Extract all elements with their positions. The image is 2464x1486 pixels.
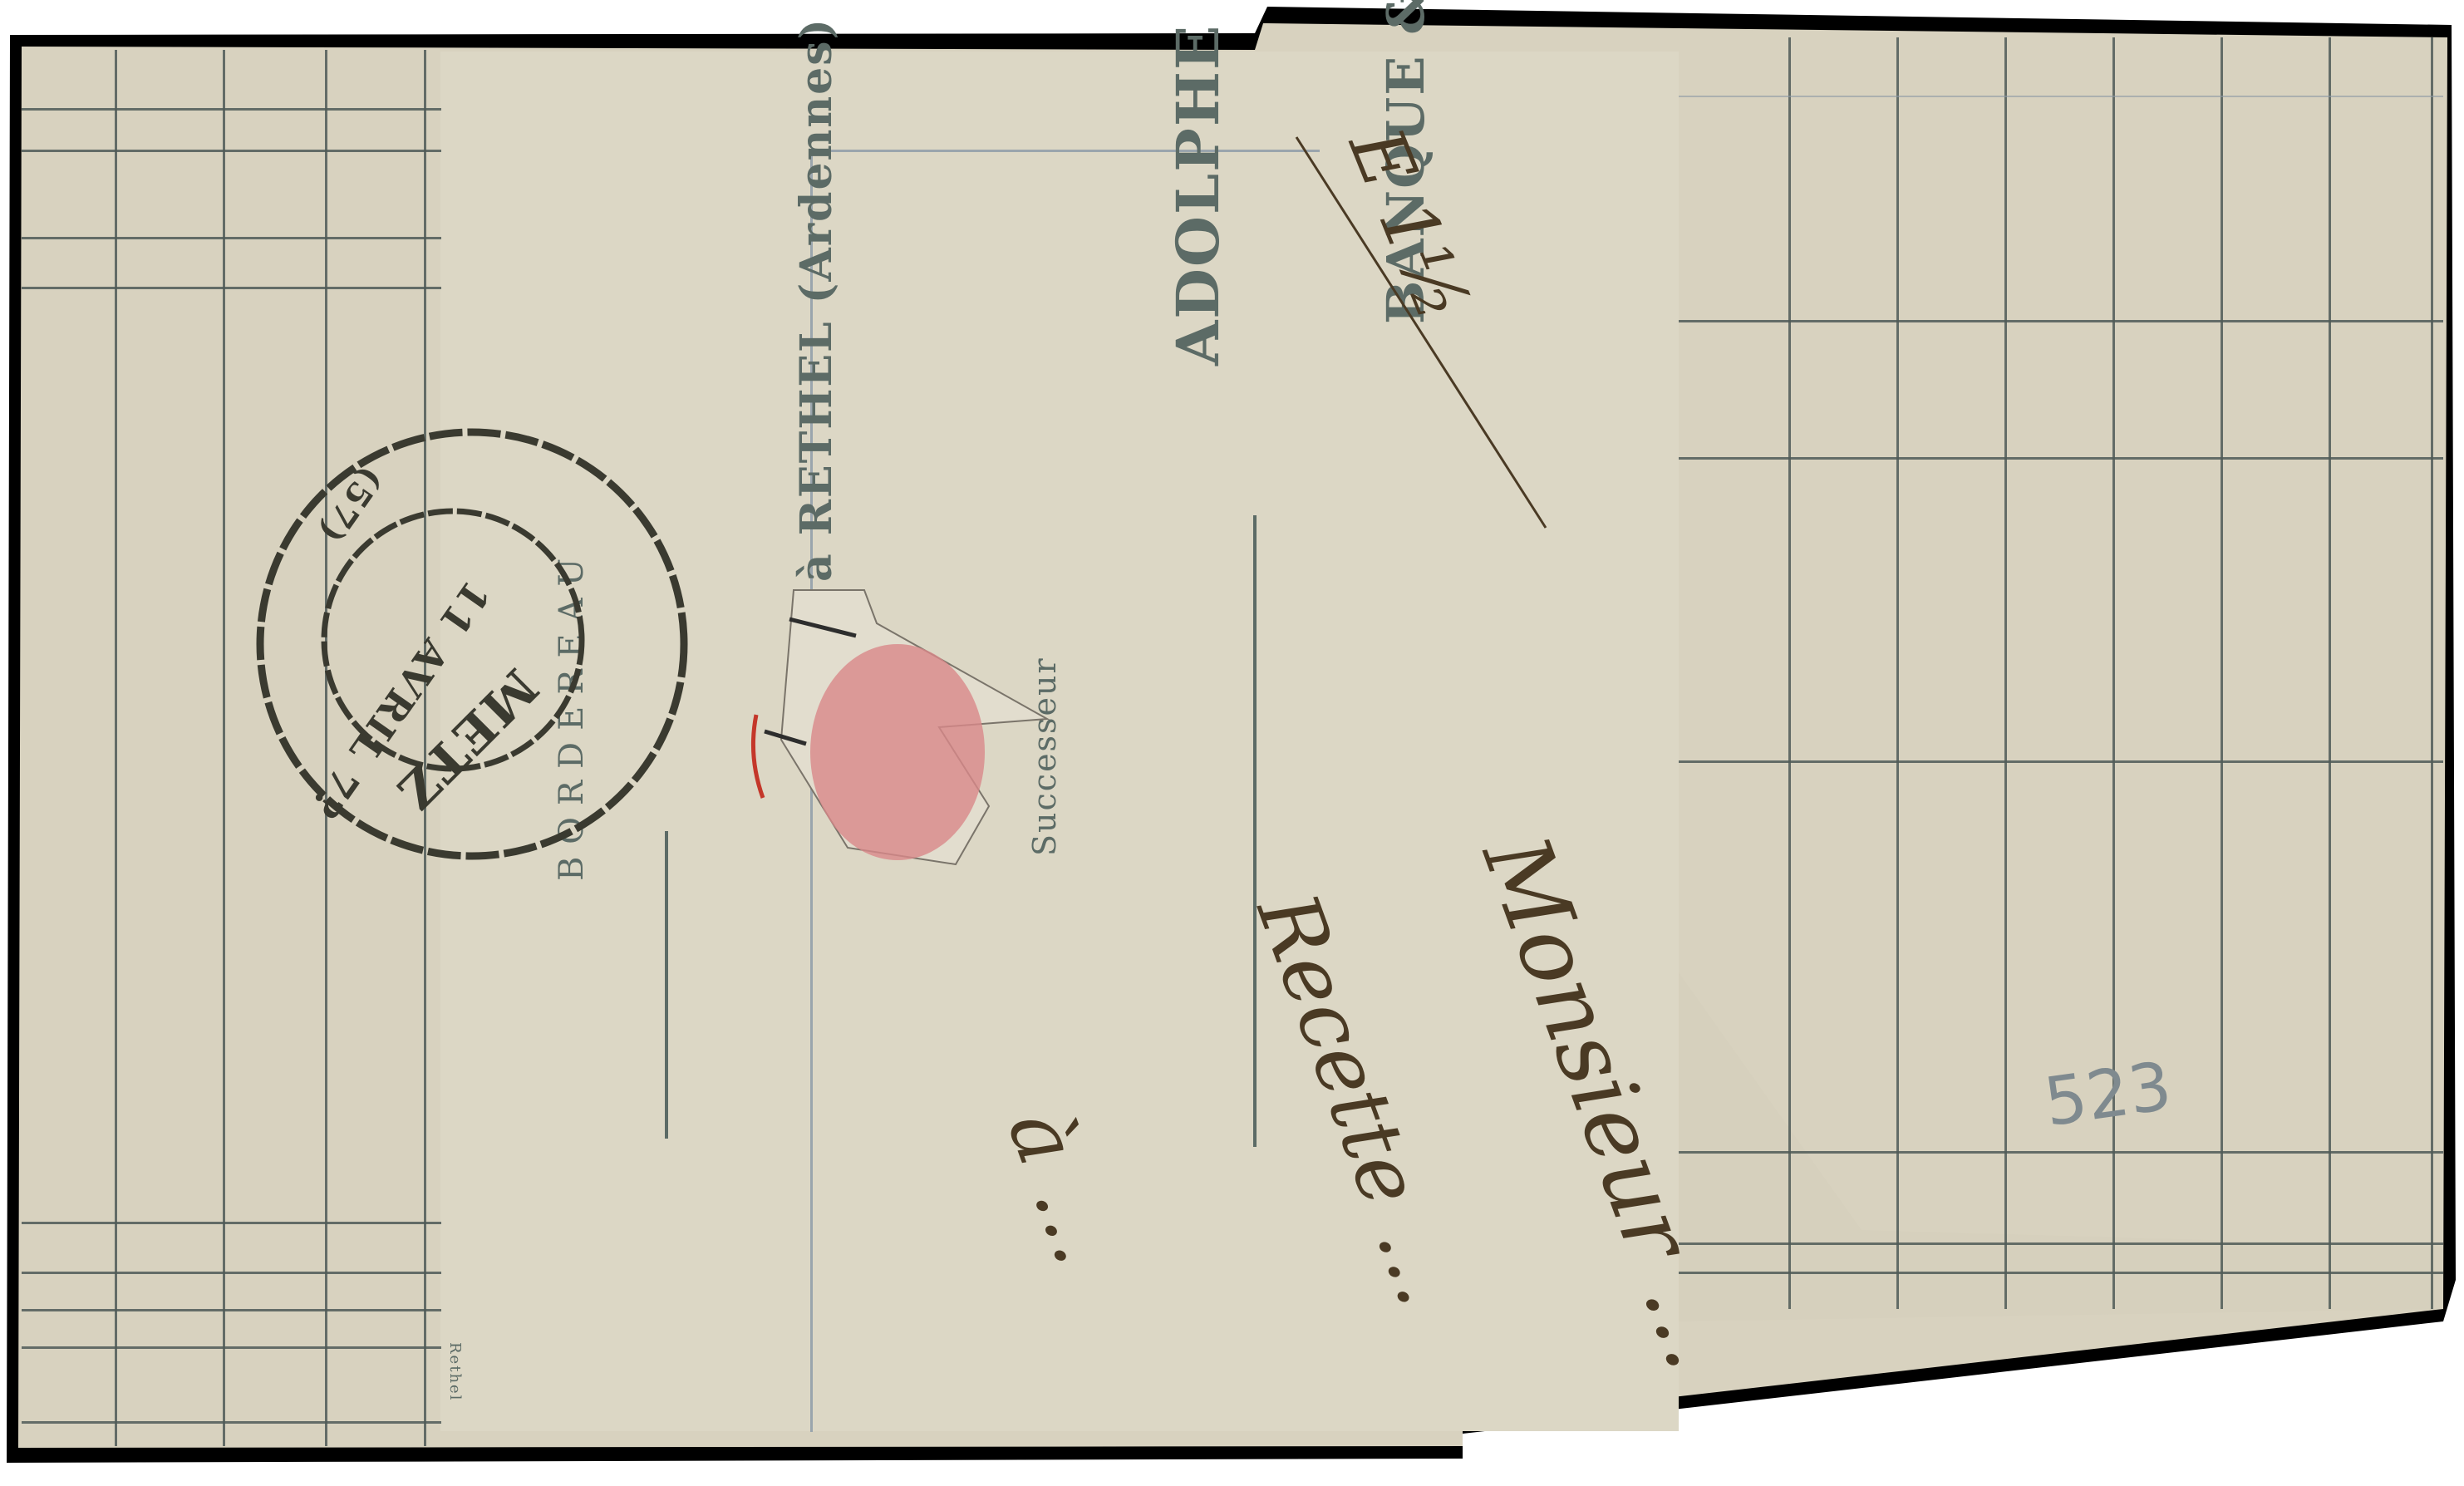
rule-line bbox=[1253, 515, 1257, 1147]
wax-seal bbox=[731, 573, 1080, 956]
postmark bbox=[241, 416, 706, 881]
firm-name: ADOLPHE PURNOT & Cie bbox=[1163, 0, 1232, 366]
docket-stroke bbox=[1288, 133, 1554, 532]
printer-mark: Rethel bbox=[446, 1342, 464, 1401]
city-line: à RETHEL (Ardennes) bbox=[791, 17, 842, 582]
